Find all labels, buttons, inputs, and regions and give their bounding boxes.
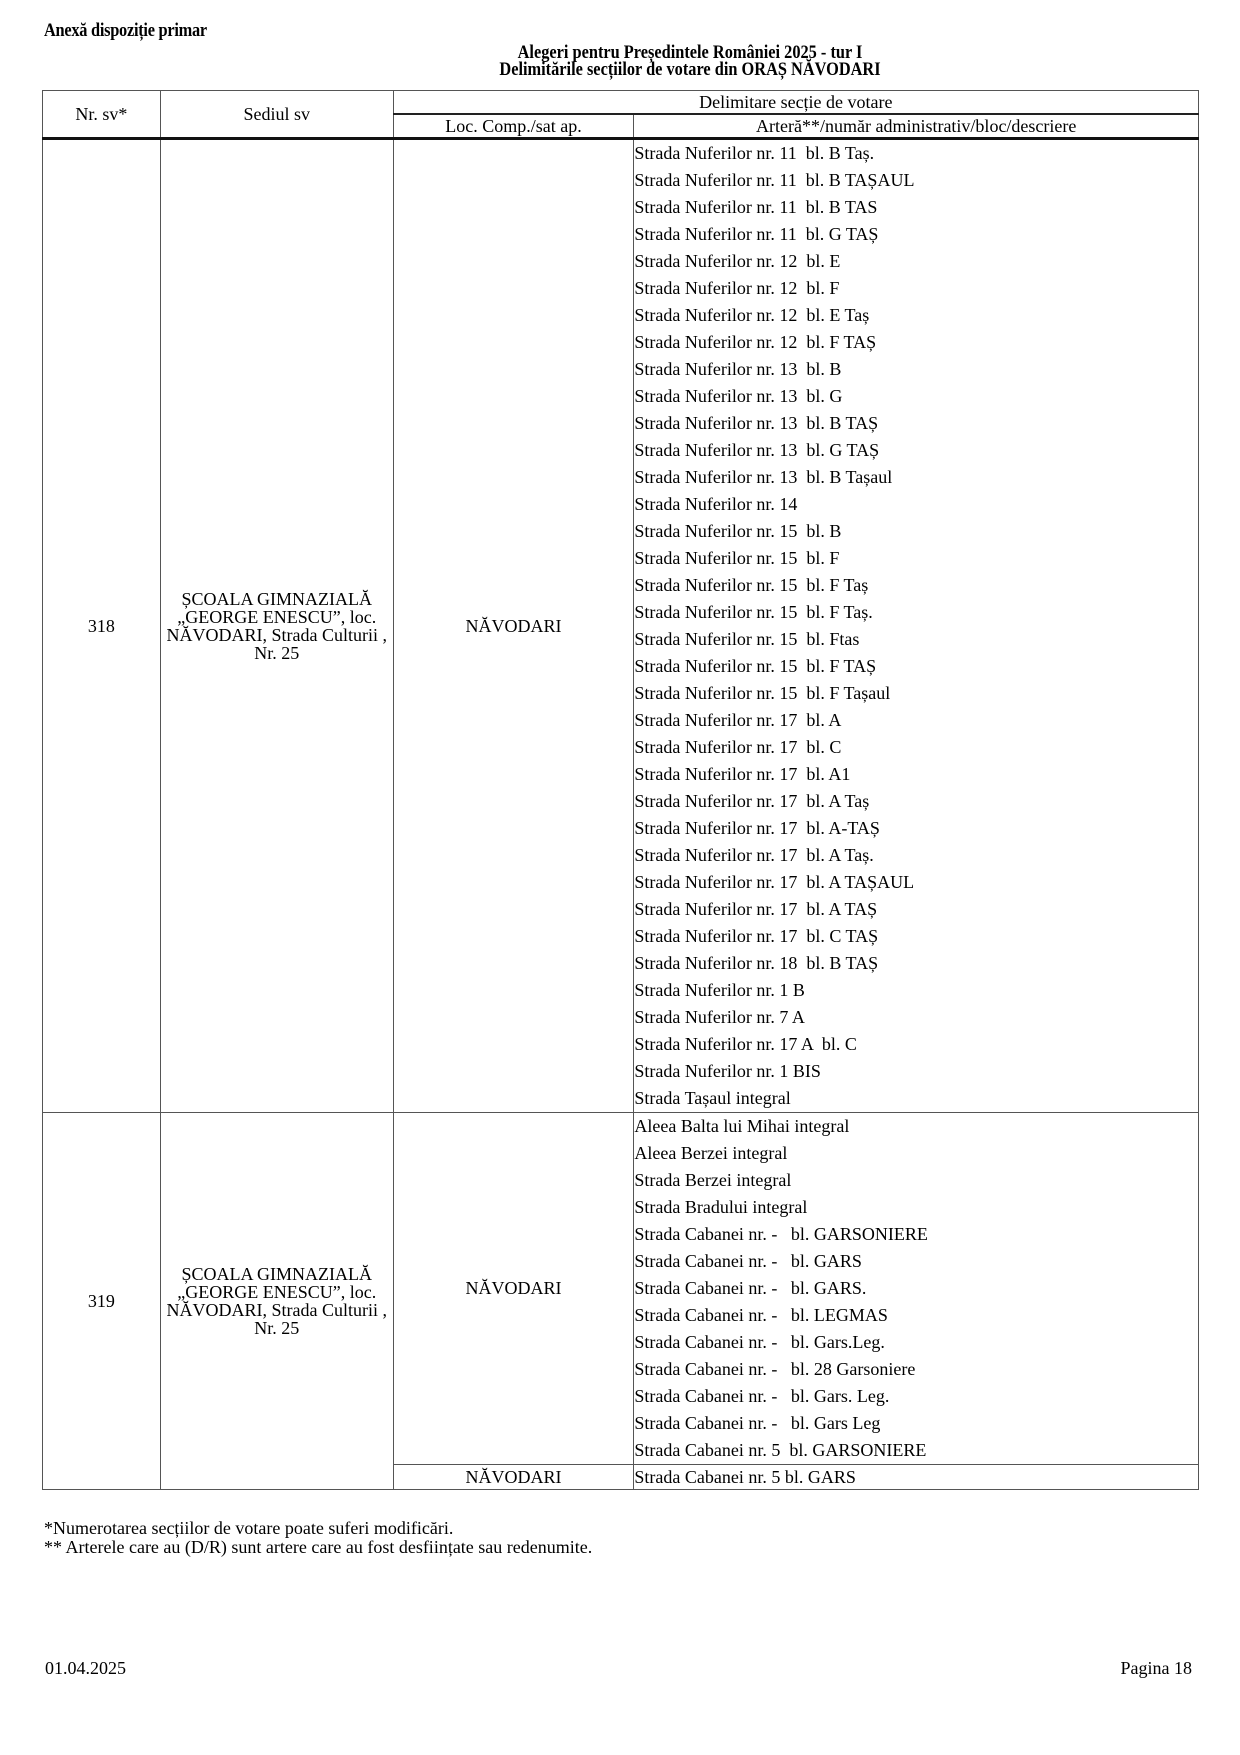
street-entry: Strada Nuferilor nr. 12 bl. F TAȘ <box>634 329 1198 356</box>
header-delimitare: Delimitare secție de votare <box>393 91 1198 115</box>
street-entry: Strada Nuferilor nr. 17 bl. C TAȘ <box>634 923 1198 950</box>
street-entry: Strada Nuferilor nr. 12 bl. F <box>634 275 1198 302</box>
header-sediu: Sediul sv <box>160 91 393 139</box>
street-entry: Strada Nuferilor nr. 12 bl. E Taș <box>634 302 1198 329</box>
street-entry: Strada Cabanei nr. - bl. LEGMAS <box>634 1302 1198 1329</box>
street-entry: Strada Nuferilor nr. 12 bl. E <box>634 248 1198 275</box>
street-entry: Strada Nuferilor nr. 18 bl. B TAȘ <box>634 950 1198 977</box>
street-entry: Strada Nuferilor nr. 15 bl. Ftas <box>634 626 1198 653</box>
street-entry: Strada Nuferilor nr. 11 bl. G TAȘ <box>634 221 1198 248</box>
title-line-2: Delimitările secțiilor de votare din ORA… <box>217 61 1163 78</box>
street-entry: Strada Nuferilor nr. 13 bl. G TAȘ <box>634 437 1198 464</box>
street-entry: Strada Cabanei nr. - bl. Gars.Leg. <box>634 1329 1198 1356</box>
locality: NĂVODARI <box>393 1113 634 1465</box>
street-entry: Strada Cabanei nr. - bl. 28 Garsoniere <box>634 1356 1198 1383</box>
street-entry: Strada Nuferilor nr. 15 bl. F Taș. <box>634 599 1198 626</box>
street-entry: Strada Nuferilor nr. 7 A <box>634 1004 1198 1031</box>
street-entry: Strada Nuferilor nr. 17 bl. A Taș. <box>634 842 1198 869</box>
street-entry: Strada Nuferilor nr. 17 bl. A Taș <box>634 788 1198 815</box>
locality: NĂVODARI <box>393 1465 634 1490</box>
street-entry: Strada Bradului integral <box>634 1194 1198 1221</box>
street-entry: Strada Cabanei nr. - bl. GARS. <box>634 1275 1198 1302</box>
street-entry: Strada Cabanei nr. - bl. Gars. Leg. <box>634 1383 1198 1410</box>
street-entry: Strada Nuferilor nr. 15 bl. B <box>634 518 1198 545</box>
voting-sections-table: Nr. sv* Sediul sv Delimitare secție de v… <box>42 90 1199 1490</box>
street-entry: Strada Tașaul integral <box>634 1085 1198 1112</box>
street-entry: Strada Nuferilor nr. 13 bl. B Tașaul <box>634 464 1198 491</box>
street-entry: Aleea Balta lui Mihai integral <box>634 1113 1198 1140</box>
footer-page-number: Pagina 18 <box>1121 1658 1193 1679</box>
section-row: 318ȘCOALA GIMNAZIALĂ „GEORGE ENESCU”, lo… <box>43 139 1199 1113</box>
locality: NĂVODARI <box>393 139 634 1113</box>
street-entry: Strada Nuferilor nr. 15 bl. F <box>634 545 1198 572</box>
header-nr-sv: Nr. sv* <box>43 91 161 139</box>
street-entry: Strada Cabanei nr. - bl. GARS <box>634 1248 1198 1275</box>
street-entry: Strada Nuferilor nr. 11 bl. B Taș. <box>634 140 1198 167</box>
section-address: ȘCOALA GIMNAZIALĂ „GEORGE ENESCU”, loc. … <box>160 139 393 1113</box>
footnote-numbering: *Numerotarea secțiilor de votare poate s… <box>44 1519 592 1538</box>
document-title: Alegeri pentru Președintele României 202… <box>0 44 1240 78</box>
street-entry: Strada Berzei integral <box>634 1167 1198 1194</box>
street-entry: Strada Nuferilor nr. 15 bl. F TAȘ <box>634 653 1198 680</box>
street-list: Aleea Balta lui Mihai integralAleea Berz… <box>634 1113 1199 1465</box>
street-entry: Strada Cabanei nr. 5 bl. GARSONIERE <box>634 1437 1198 1464</box>
street-entry: Strada Cabanei nr. - bl. GARSONIERE <box>634 1221 1198 1248</box>
street-entry: Strada Nuferilor nr. 1 B <box>634 977 1198 1004</box>
street-entry: Strada Nuferilor nr. 11 bl. B TAȘAUL <box>634 167 1198 194</box>
street-entry: Strada Nuferilor nr. 17 bl. A1 <box>634 761 1198 788</box>
street-entry: Strada Nuferilor nr. 13 bl. B TAȘ <box>634 410 1198 437</box>
footnote-arteries: ** Arterele care au (D/R) sunt artere ca… <box>44 1538 592 1557</box>
street-entry: Strada Nuferilor nr. 15 bl. F Tașaul <box>634 680 1198 707</box>
street-entry: Strada Nuferilor nr. 17 bl. A <box>634 707 1198 734</box>
street-entry: Strada Nuferilor nr. 17 bl. A TAȘ <box>634 896 1198 923</box>
header-localitate: Loc. Comp./sat ap. <box>393 114 634 139</box>
street-list: Strada Nuferilor nr. 11 bl. B Taș.Strada… <box>634 139 1199 1113</box>
street-entry: Strada Nuferilor nr. 17 bl. A-TAȘ <box>634 815 1198 842</box>
section-number: 319 <box>43 1113 161 1490</box>
street-entry: Strada Nuferilor nr. 13 bl. G <box>634 383 1198 410</box>
annex-label: Anexă dispoziție primar <box>44 20 207 42</box>
street-entry: Strada Nuferilor nr. 17 A bl. C <box>634 1031 1198 1058</box>
footer-date: 01.04.2025 <box>45 1658 126 1679</box>
footnotes: *Numerotarea secțiilor de votare poate s… <box>44 1519 592 1557</box>
street-entry: Strada Nuferilor nr. 15 bl. F Taș <box>634 572 1198 599</box>
street-entry: Aleea Berzei integral <box>634 1140 1198 1167</box>
street-list: Strada Cabanei nr. 5 bl. GARS <box>634 1465 1199 1490</box>
section-address: ȘCOALA GIMNAZIALĂ „GEORGE ENESCU”, loc. … <box>160 1113 393 1490</box>
street-entry: Strada Nuferilor nr. 11 bl. B TAS <box>634 194 1198 221</box>
street-entry: Strada Nuferilor nr. 17 bl. C <box>634 734 1198 761</box>
street-entry: Strada Cabanei nr. - bl. Gars Leg <box>634 1410 1198 1437</box>
street-entry: Strada Cabanei nr. 5 bl. GARS <box>634 1465 1198 1489</box>
street-entry: Strada Nuferilor nr. 17 bl. A TAȘAUL <box>634 869 1198 896</box>
section-number: 318 <box>43 139 161 1113</box>
street-entry: Strada Nuferilor nr. 13 bl. B <box>634 356 1198 383</box>
section-row: 319ȘCOALA GIMNAZIALĂ „GEORGE ENESCU”, lo… <box>43 1113 1199 1465</box>
header-artera: Arteră**/număr administrativ/bloc/descri… <box>634 114 1199 139</box>
street-entry: Strada Nuferilor nr. 14 <box>634 491 1198 518</box>
street-entry: Strada Nuferilor nr. 1 BIS <box>634 1058 1198 1085</box>
